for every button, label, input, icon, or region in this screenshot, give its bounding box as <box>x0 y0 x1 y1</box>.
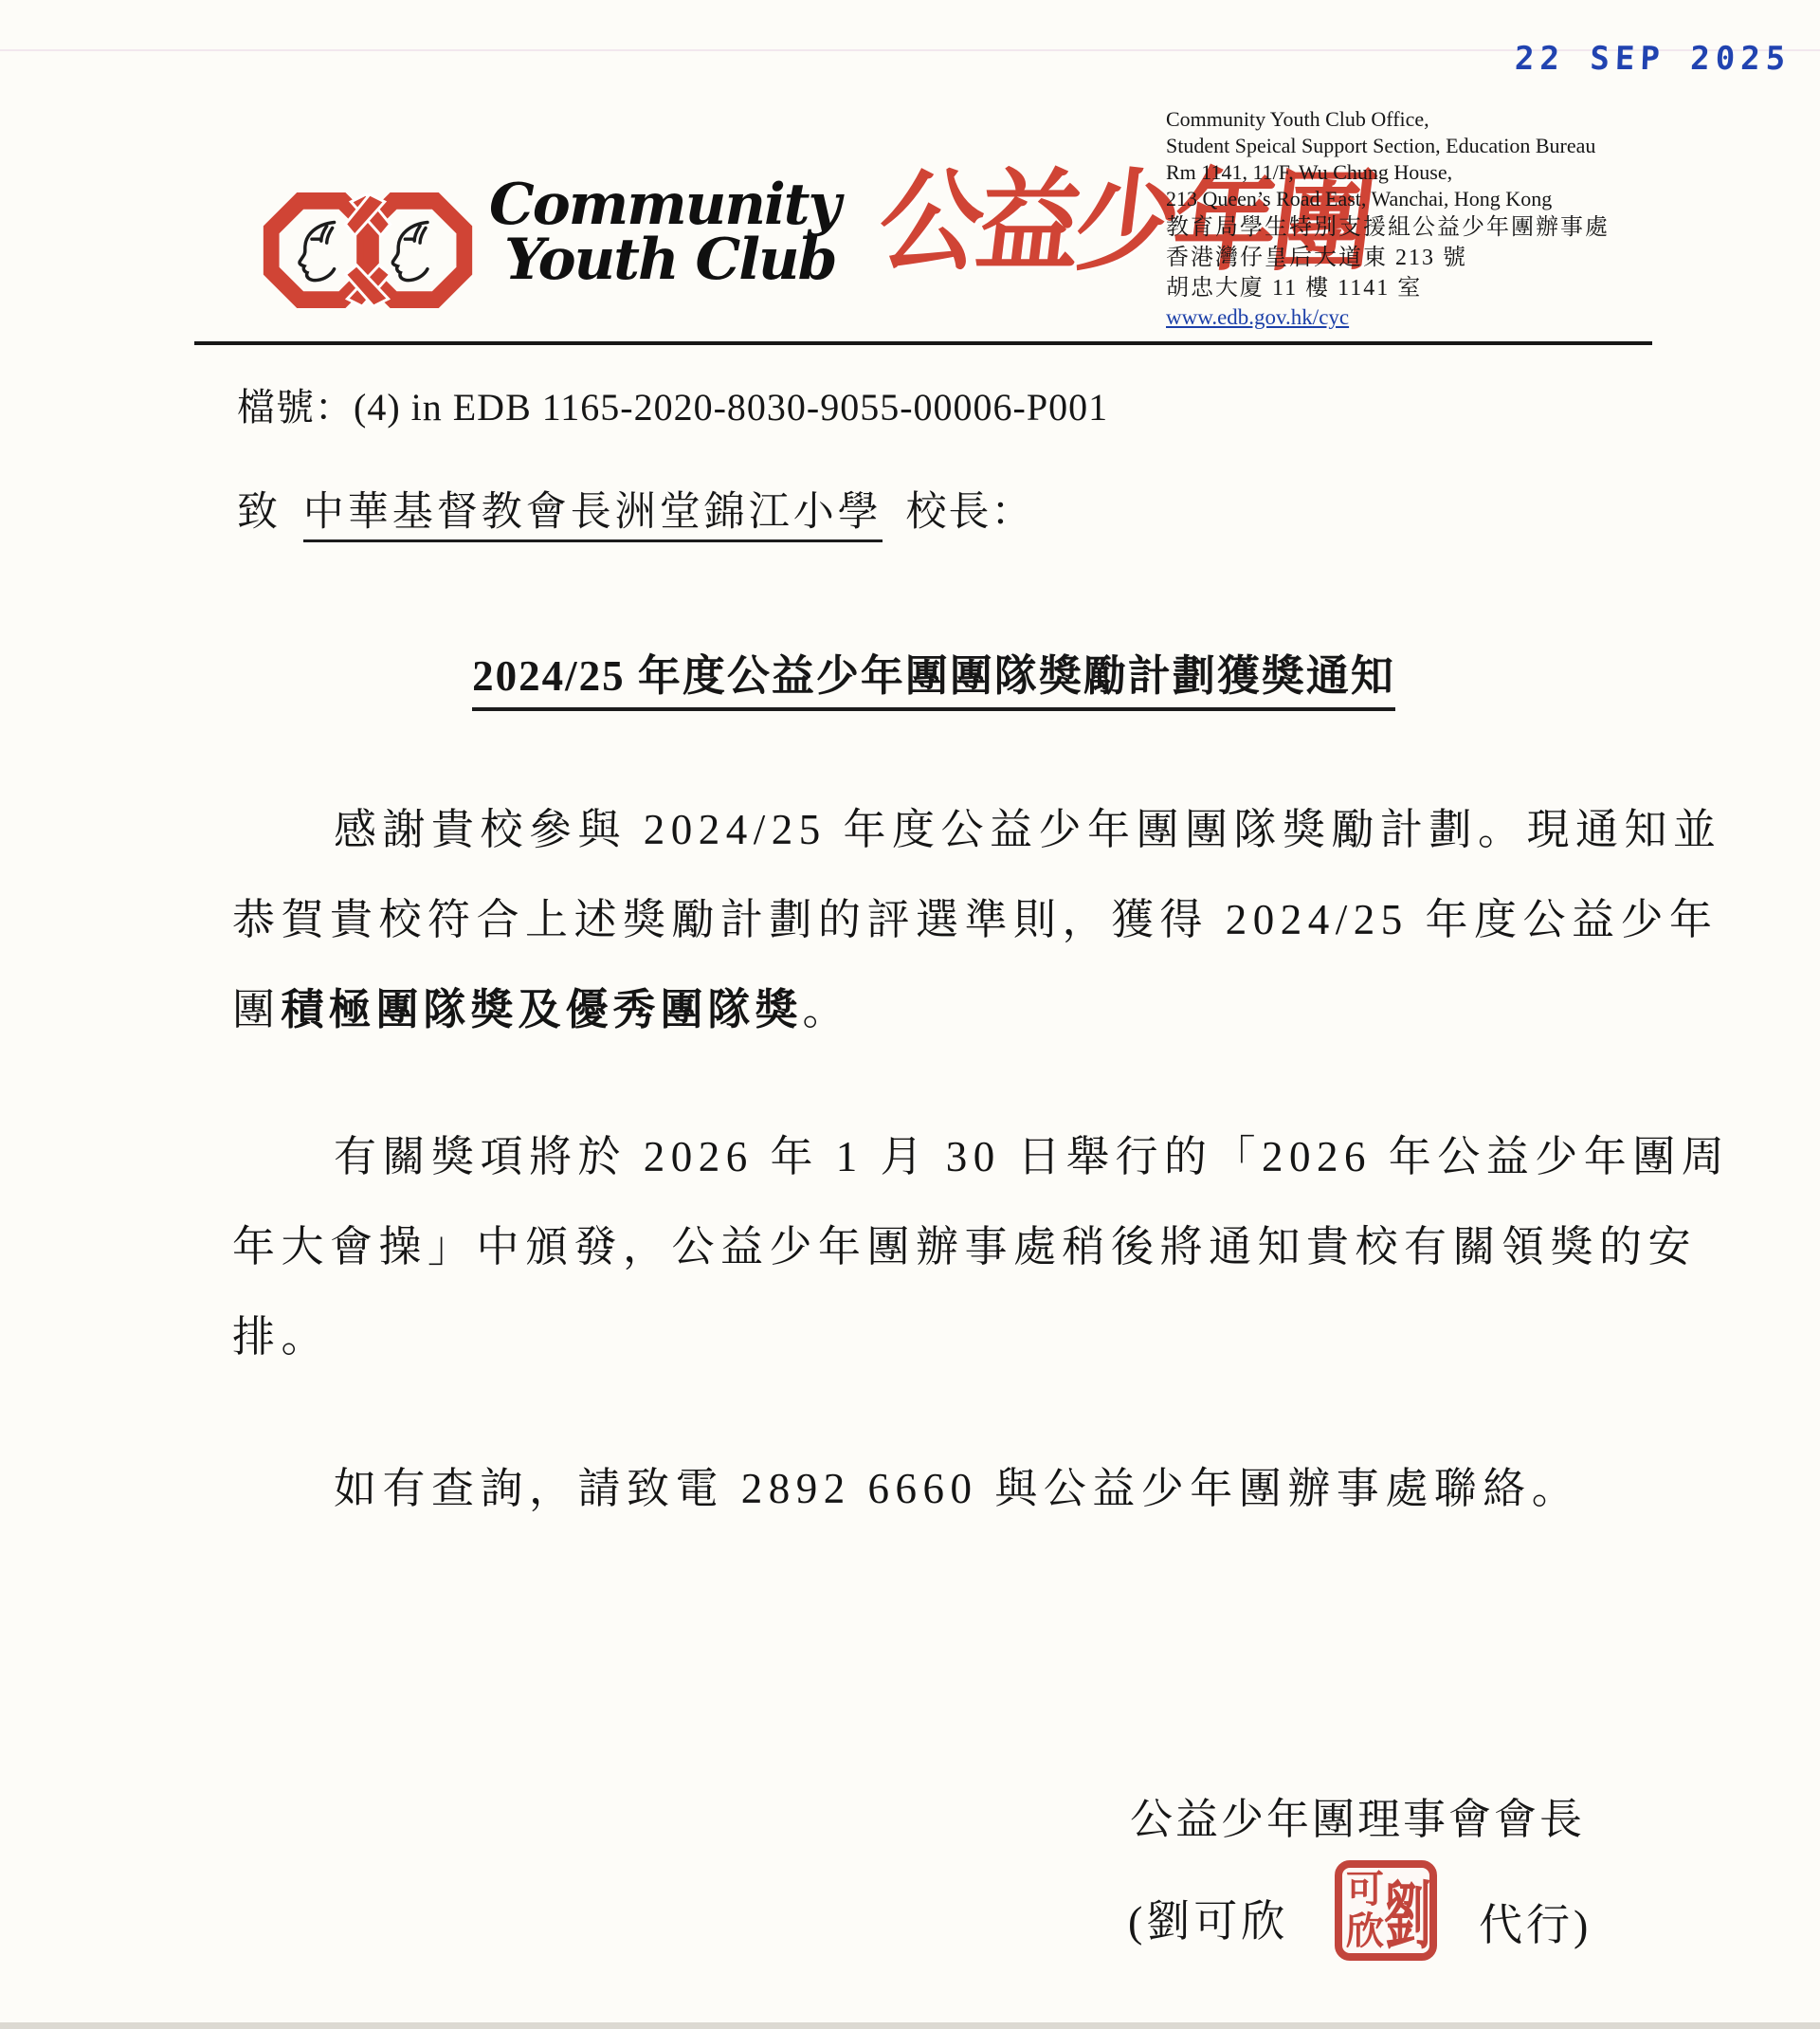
paragraph2-line3: 排。 <box>232 1302 330 1363</box>
seal-char-bottom: 欣 <box>1346 1911 1384 1951</box>
paragraph2-line1: 有關獎項將於 2026 年 1 月 30 日舉行的「2026 年公益少年團周 <box>334 1122 1730 1183</box>
paragraph1-line2: 恭賀貴校符合上述獎勵計劃的評選準則，獲得 2024/25 年度公益少年 <box>232 885 1719 946</box>
name-seal: 可 欣 劉 <box>1335 1860 1437 1961</box>
address-line: Rm 1141, 11/F, Wu Chung House, <box>1166 159 1659 186</box>
logo-wordmark-line1: Community <box>489 178 897 233</box>
logo-wordmark-line2: Youth Club <box>489 233 897 288</box>
signature-name-open: (劉可欣 <box>1128 1887 1288 1949</box>
signature-title: 公益少年團理事會會長 <box>1130 1784 1585 1846</box>
paragraph3-line1: 如有查詢，請致電 2892 6660 與公益少年團辦事處聯絡。 <box>334 1453 1580 1515</box>
address-line: Student Speical Support Section, Educati… <box>1166 133 1659 159</box>
scanned-letter-page: 22 SEP 2025 <box>0 0 1820 2029</box>
letter-title-text: 2024/25 年度公益少年團團隊獎勵計劃獲獎通知 <box>472 652 1395 711</box>
award-names-bold: 積極團隊獎及優秀團隊獎 <box>282 986 803 1033</box>
header-divider <box>194 341 1652 345</box>
office-address-block: Community Youth Club Office, Student Spe… <box>1166 106 1659 332</box>
cyc-emblem-icon <box>254 183 482 318</box>
seal-char-top: 可 <box>1346 1870 1384 1910</box>
letter-title: 2024/25 年度公益少年團團隊獎勵計劃獲獎通知 <box>232 641 1635 703</box>
paragraph1-line3: 團積極團隊獎及優秀團隊獎。 <box>232 975 851 1036</box>
recipient-line: 致 中華基督教會長洲堂錦江小學 校長： <box>237 480 1034 538</box>
paragraph1-line3-post: 。 <box>803 986 852 1033</box>
recipient-prefix: 致 <box>237 490 280 535</box>
received-date-stamp: 22 SEP 2025 <box>1514 40 1792 78</box>
file-reference: 檔號：(4) in EDB 1165-2020-8030-9055-00006-… <box>237 377 1108 431</box>
recipient-suffix: 校長： <box>906 490 1034 535</box>
paragraph1-line3-pre: 團 <box>232 986 282 1033</box>
paragraph1-line1: 感謝貴校參與 2024/25 年度公益少年團團隊獎勵計劃。現通知並 <box>334 795 1722 856</box>
logo-wordmark-en: Community Youth Club <box>489 178 897 287</box>
seal-right-column: 劉 <box>1384 1868 1435 1953</box>
school-name: 中華基督教會長洲堂錦江小學 <box>303 490 883 542</box>
address-line: 213 Queen’s Road East, Wanchai, Hong Kon… <box>1166 186 1659 212</box>
address-line: Community Youth Club Office, <box>1166 106 1659 133</box>
address-line-zh: 胡忠大廈 11 樓 1141 室 <box>1166 273 1659 303</box>
seal-left-column: 可 欣 <box>1342 1868 1384 1953</box>
website-link[interactable]: www.edb.gov.hk/cyc <box>1166 303 1349 332</box>
paragraph2-line2: 年大會操」中頒發，公益少年團辦事處稍後將通知貴校有關領獎的安 <box>232 1212 1697 1273</box>
seal-char-right: 劉 <box>1384 1857 1431 1964</box>
address-line-zh: 香港灣仔皇后大道東 213 號 <box>1166 243 1659 273</box>
scan-bottom-edge <box>0 2022 1820 2029</box>
signature-name-close: 代行) <box>1479 1891 1592 1953</box>
address-line-zh: 教育局學生特別支援組公益少年團辦事處 <box>1166 212 1659 243</box>
